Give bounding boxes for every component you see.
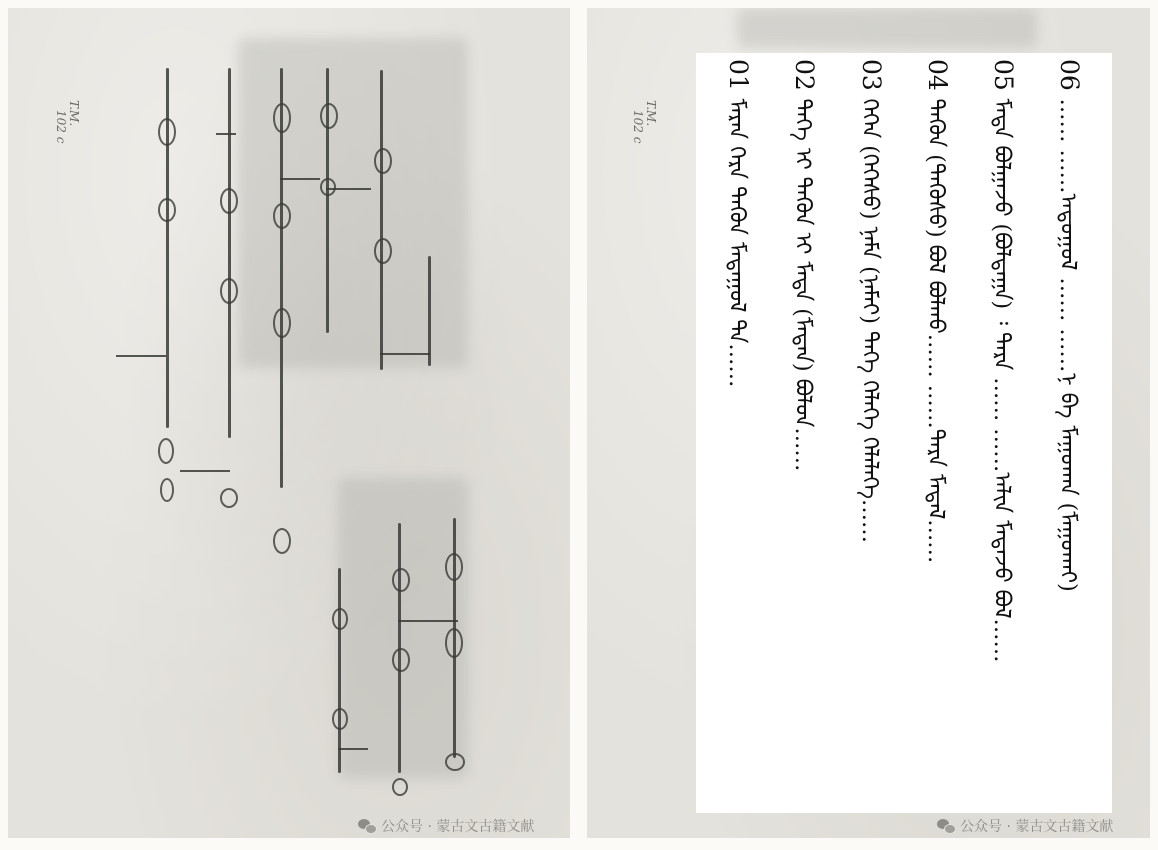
- transcription-line-02: 02 ᠲᠡᠭᠡ ᠢ ᠲᠡᠭᠦᠨ ᠢ ᠮᠡᠳᠡ (ᠮᠡᠳᠡᠨ) ᠪᠣᠯᠣᠨ……: [784, 59, 824, 471]
- paper-stain: [338, 478, 468, 778]
- catalog-mark: T.M. 102 c: [631, 100, 657, 143]
- watermark: 公众号 · 蒙古文古籍文献: [937, 816, 1113, 836]
- transcription-box: 06 …… ……ᠠᠳᠤᠭᠤᠯ …… ……ᠨ ᠪᠡ ᠮᠠᠭᠤᠬᠠᠨ (ᠮᠠᠭᠤᠬᠠ…: [696, 53, 1112, 813]
- manuscript-photo-panel: T.M. 102 c: [8, 8, 570, 838]
- transcription-line-05: 05 ᠮᠡᠳᠡ ᠪᠣᠯᠭᠠᠵᠤ (ᠪᠣᠯᠲᠠᠭᠠ) ᠄ ᠲᠡᠷᠡ …… ……ᠠᠯ…: [983, 59, 1023, 663]
- watermark: 公众号 · 蒙古文古籍文献: [358, 816, 534, 836]
- paper-stain: [737, 8, 1037, 48]
- catalog-mark: T.M. 102 c: [54, 100, 80, 143]
- wechat-icon: [937, 819, 955, 833]
- transcription-line-03: 03 ᠭᠡᠭᠡᠨ (ᠭᠡᠭᠡᠰᠦ) ᠨᠠᠮᠠ (ᠨᠠᠮᠠᠢ) ᠲᠡᠭᠡ ᠬᠡᠯᠡ…: [851, 59, 891, 543]
- wechat-icon: [358, 819, 376, 833]
- transcription-line-04: 04 ᠲᠡᠭᠦᠨ (ᠲᠡᠭᠦᠰᠦ) ᠪᠣᠯ ᠪᠣᠯᠬᠤ…… ……ᠲᠡᠷᠡ ᠮᠠᠳ…: [917, 59, 957, 563]
- transcription-line-06: 06 …… ……ᠠᠳᠤᠭᠤᠯ …… ……ᠨ ᠪᠡ ᠮᠠᠭᠤᠬᠠᠨ (ᠮᠠᠭᠤᠬᠠ…: [1049, 59, 1089, 592]
- transcription-panel: T.M. 102 c 06 …… ……ᠠᠳᠤᠭᠤᠯ …… ……ᠨ ᠪᠡ ᠮᠠᠭᠤ…: [587, 8, 1150, 838]
- transcription-line-01: 01 ᠮᠠᠷᠠᠨ ᠬᠡᠷᠡ ᠲᠡᠭᠦᠨ ᠮᠠᠳᠠᠭᠤᠯ ᠲᠡ……: [718, 59, 758, 387]
